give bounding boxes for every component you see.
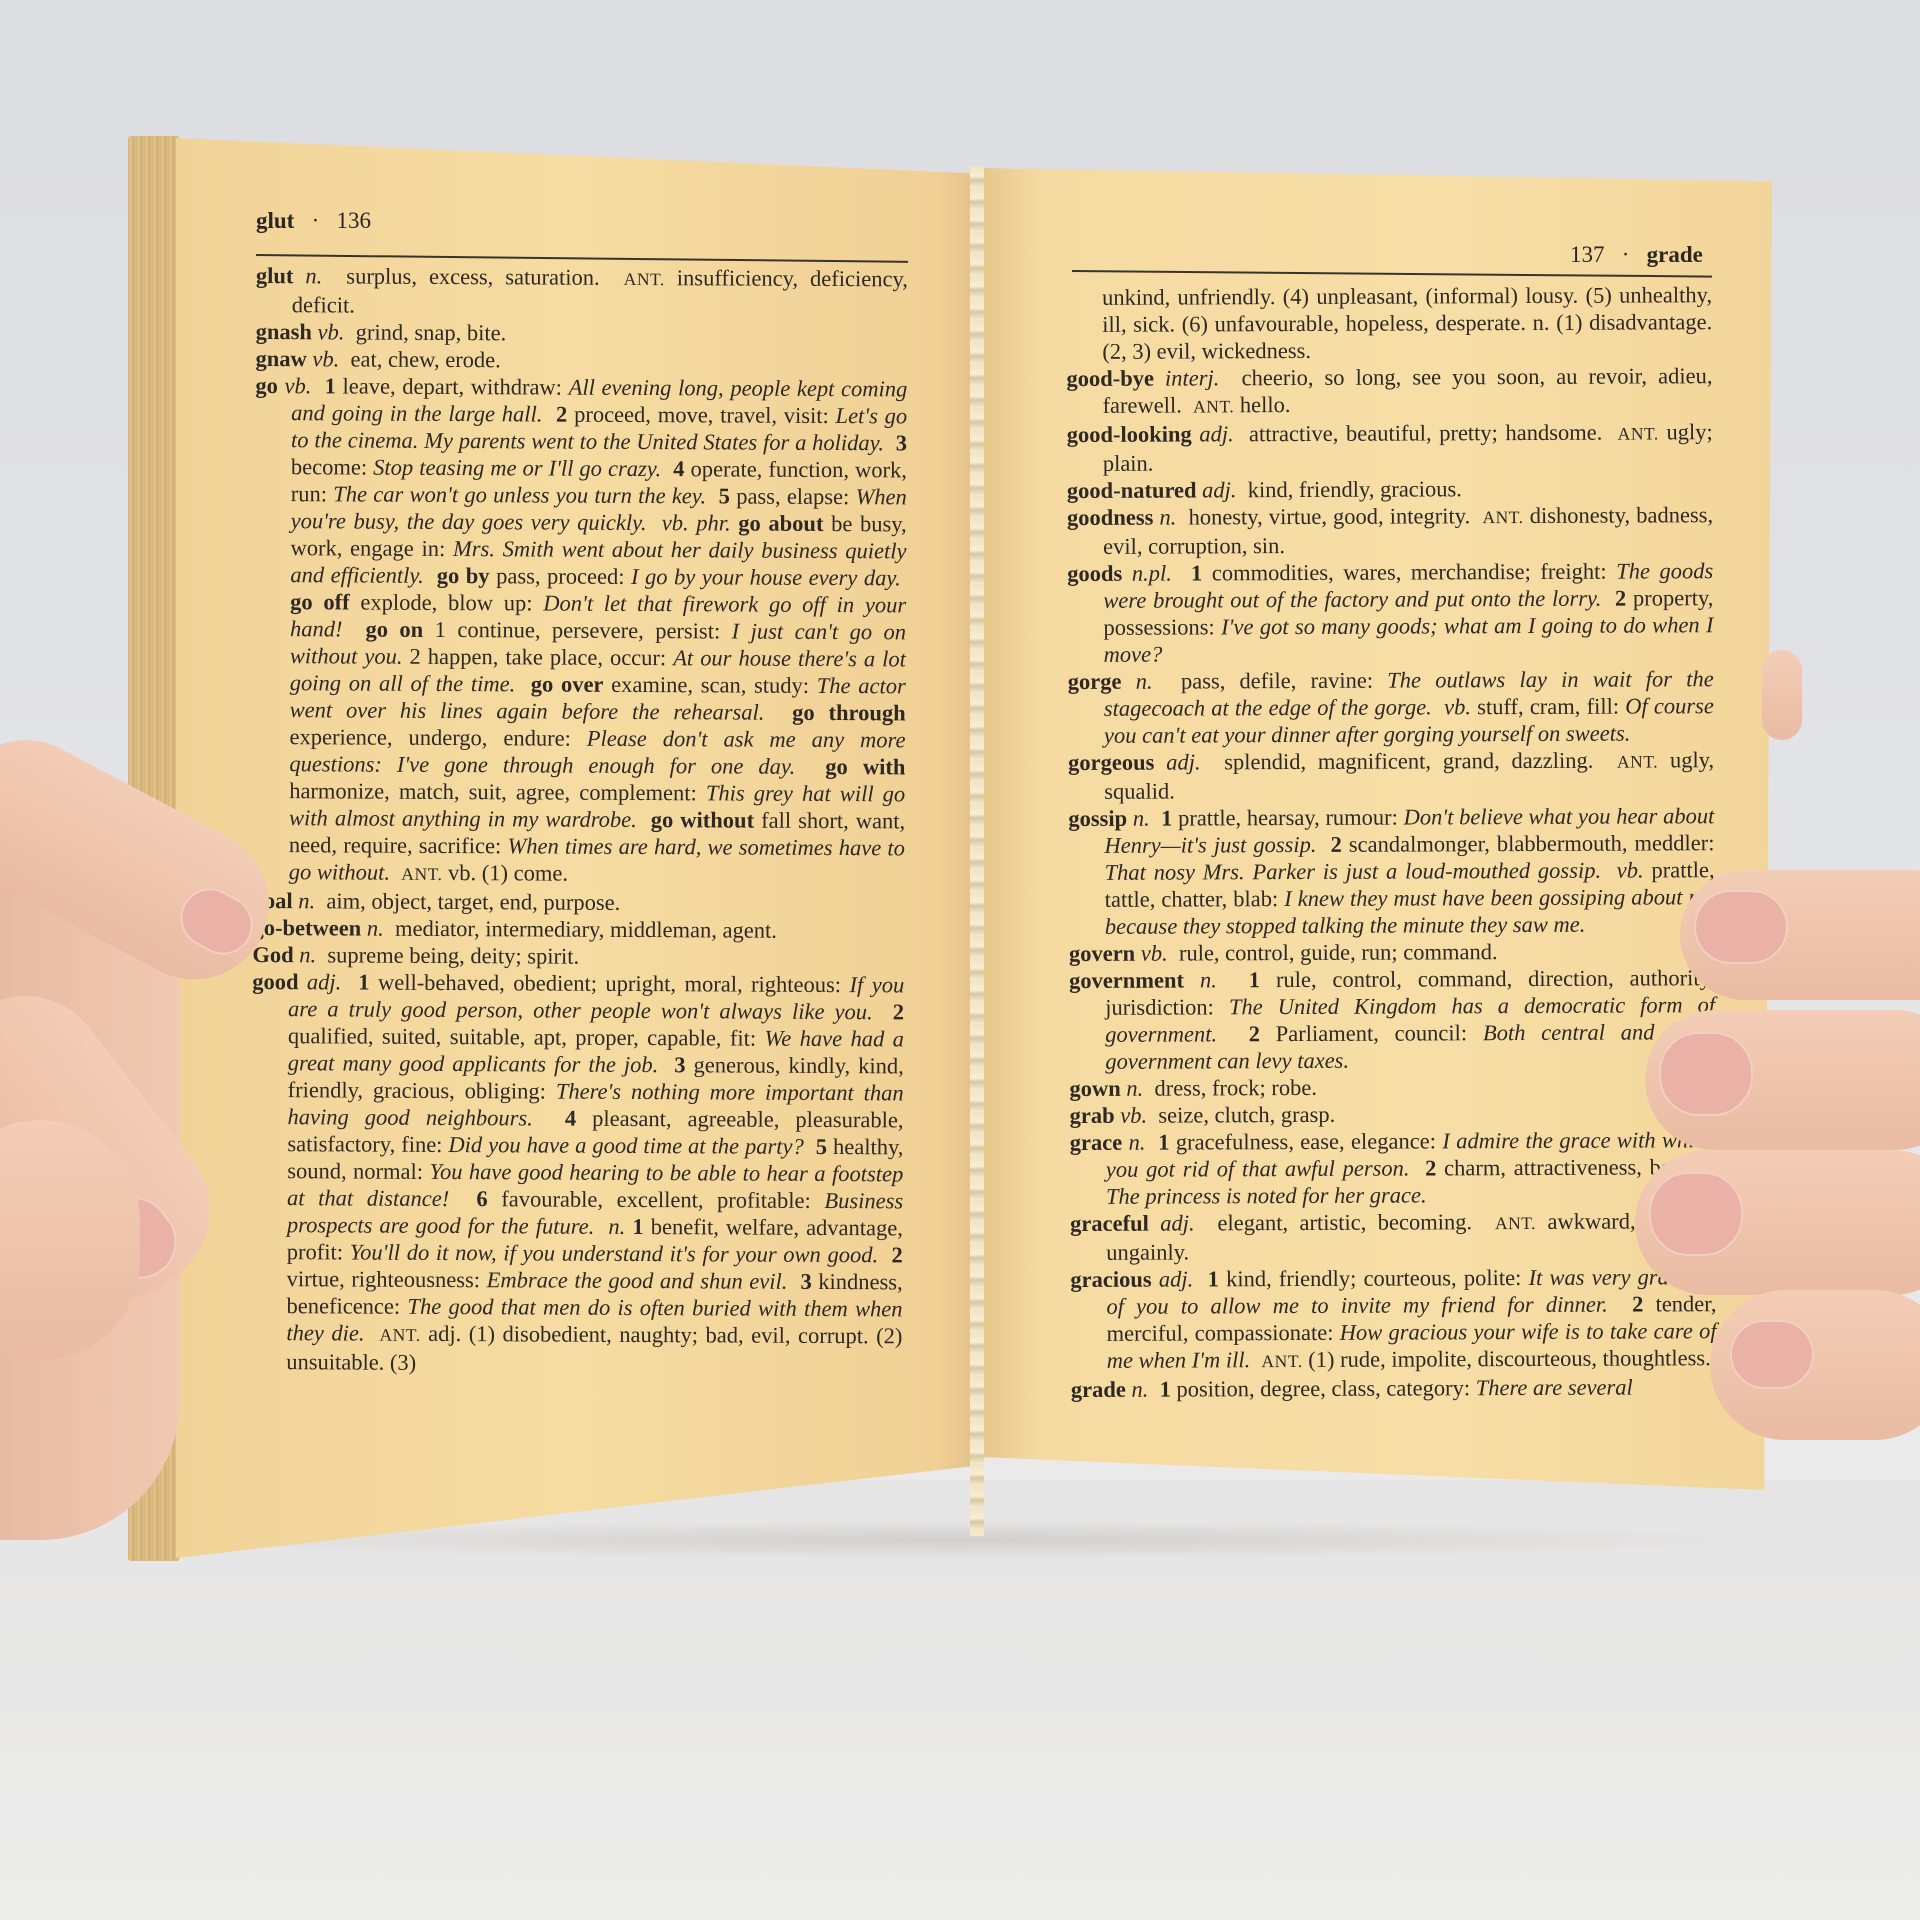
entry-grade: grade n. 1 position, degree, class, cate… bbox=[1071, 1373, 1717, 1403]
open-book: glut · 136 137 · grade glut n. surplus, … bbox=[0, 0, 1920, 1920]
fingernail bbox=[1659, 1032, 1753, 1116]
entry-good-looking: good-looking adj. attractive, beautiful,… bbox=[1067, 418, 1713, 477]
entry-government: government n. 1 rule, control, command, … bbox=[1069, 964, 1715, 1075]
entry-gown: gown n. dress, frock; robe. bbox=[1069, 1072, 1715, 1102]
entry-god: God n. supreme being, deity; spirit. bbox=[252, 941, 904, 971]
entry-goodness: goodness n. honesty, virtue, good, integ… bbox=[1067, 501, 1713, 560]
entry-glut: glut n. surplus, excess, saturation. ANT… bbox=[256, 262, 908, 321]
right-finger-3 bbox=[1635, 1150, 1920, 1295]
entry-govern: govern vb. rule, control, guide, run; co… bbox=[1069, 937, 1715, 967]
entry-goods: goods n.pl. 1 commodities, wares, mercha… bbox=[1067, 557, 1713, 668]
fingernail bbox=[1649, 1172, 1743, 1256]
head-separator: · bbox=[1622, 242, 1630, 267]
left-page-number: 136 bbox=[337, 208, 372, 233]
left-guide-word: glut bbox=[256, 208, 294, 233]
entry-good: good adj. 1 well-behaved, obedient; upri… bbox=[250, 968, 904, 1378]
book-spine-gutter bbox=[970, 166, 984, 1536]
entry-graceful: graceful adj. elegant, artistic, becomin… bbox=[1070, 1207, 1716, 1266]
right-guide-word: grade bbox=[1647, 242, 1703, 267]
fingernail bbox=[1730, 1320, 1814, 1389]
entry-gorgeous: gorgeous adj. splendid, magnificent, gra… bbox=[1068, 746, 1714, 805]
fingernail bbox=[1694, 890, 1788, 964]
right-page-number: 137 bbox=[1570, 242, 1605, 267]
head-separator: · bbox=[312, 208, 320, 233]
entry-gnash: gnash vb. grind, snap, bite. bbox=[256, 318, 908, 348]
right-finger-4 bbox=[1710, 1290, 1920, 1440]
left-column: glut n. surplus, excess, saturation. ANT… bbox=[250, 262, 908, 1378]
entry-gorge: gorge n. pass, defile, ravine: The outla… bbox=[1068, 665, 1714, 749]
right-running-head: 137 · grade bbox=[1570, 242, 1703, 268]
right-finger-1 bbox=[1680, 870, 1920, 1000]
entry-goal: goal n. aim, object, target, end, purpos… bbox=[253, 887, 905, 917]
left-running-head: glut · 136 bbox=[256, 208, 371, 234]
entry-gossip: gossip n. 1 prattle, hearsay, rumour: Do… bbox=[1068, 802, 1715, 940]
entry-grab: grab vb. seize, clutch, grasp. bbox=[1070, 1099, 1716, 1129]
entry-grace: grace n. 1 gracefulness, ease, elegance:… bbox=[1070, 1126, 1716, 1210]
entry-go-between: go-between n. mediator, intermediary, mi… bbox=[252, 914, 904, 944]
right-column: unkind, unfriendly. (4) unpleasant, (inf… bbox=[1066, 281, 1717, 1403]
fingernail bbox=[170, 878, 263, 965]
right-finger-2 bbox=[1645, 1010, 1920, 1150]
entry-gracious: gracious adj. 1 kind, friendly; courteou… bbox=[1070, 1263, 1716, 1376]
entry-good-natured: good-natured adj. kind, friendly, gracio… bbox=[1067, 474, 1713, 504]
entry-gnaw: gnaw vb. eat, chew, erode. bbox=[255, 345, 907, 375]
continuation-good: unkind, unfriendly. (4) unpleasant, (inf… bbox=[1066, 281, 1712, 365]
entry-good-bye: good-bye interj. cheerio, so long, see y… bbox=[1066, 362, 1712, 421]
right-hand-edge bbox=[1762, 650, 1802, 740]
entry-go: go vb. 1 leave, depart, withdraw: All ev… bbox=[253, 372, 908, 890]
